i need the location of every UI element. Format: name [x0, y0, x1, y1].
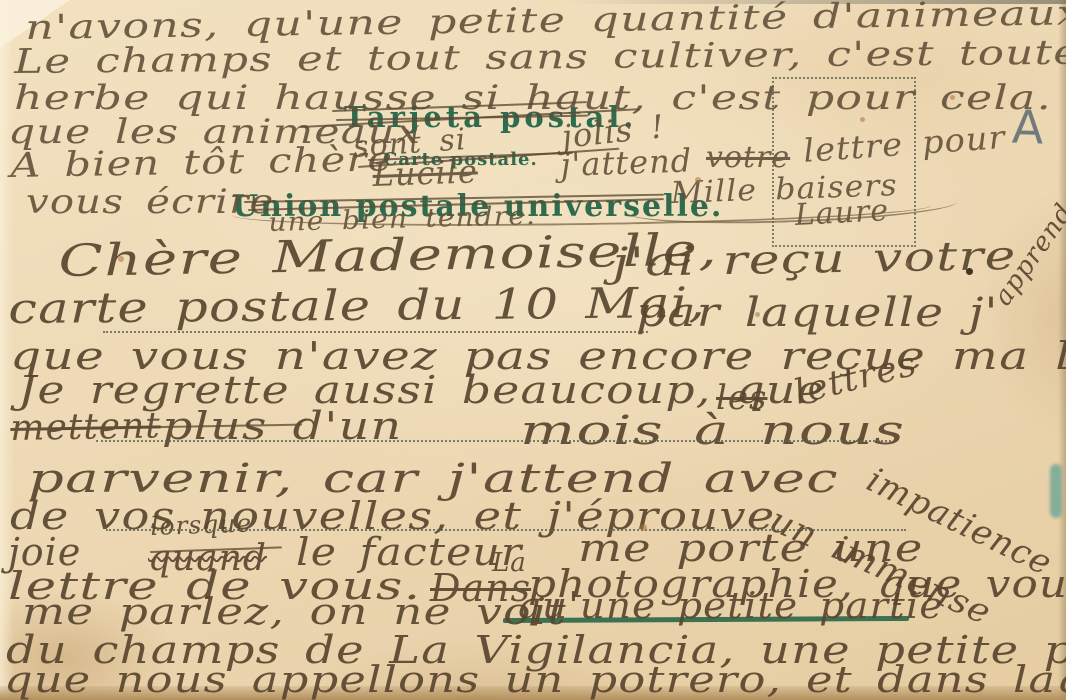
paper-freckle — [640, 524, 647, 531]
handwriting-segment: par laquelle j' — [636, 290, 999, 336]
postcard: Tarjeta postal. Carte postale. Union pos… — [0, 0, 1066, 700]
handwriting-segment: votre — [706, 140, 790, 175]
handwriting-segment: qu'une petite partie — [516, 586, 943, 627]
printed-dotted-rule — [106, 529, 906, 531]
handwriting-segment: que nous appellons un potrero, et dans l… — [4, 660, 1066, 700]
handwriting-segment: La — [492, 548, 527, 578]
handwriting-segment: mois à nous — [520, 408, 905, 454]
handwriting-segment: A bien tôt chère — [10, 139, 394, 186]
handwriting-segment: me parlez, on ne voit — [22, 592, 567, 633]
handwriting-segment: Le champs et tout sans cultiver, c'est t… — [14, 33, 1066, 82]
handwriting-segment: carte postale du 10 Mai, — [8, 278, 706, 333]
ink-blot — [966, 268, 973, 275]
printed-dotted-rule — [103, 331, 648, 333]
printed-dotted-rule — [96, 440, 891, 442]
handwriting-segment: lorsque — [150, 508, 253, 541]
paper-freckle — [950, 95, 955, 100]
teal-smudge — [1050, 464, 1062, 518]
paper-freckle — [860, 117, 865, 122]
paper-freckle — [755, 312, 760, 317]
paper-freckle — [905, 262, 910, 267]
paper-freckle — [695, 177, 701, 183]
paper-freckle — [118, 256, 124, 262]
